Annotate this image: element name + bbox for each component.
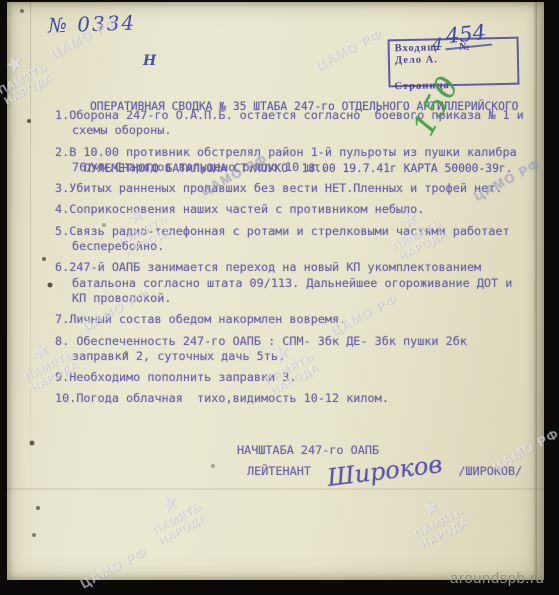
signature-rank: ЛЕЙТЕНАНТ xyxy=(247,464,311,478)
report-item: 5.Связь радио-телефонная с ротами и стре… xyxy=(55,224,541,255)
report-item: 9.Необходимо пополнить заправки 3. xyxy=(55,370,541,385)
item-number: 2. xyxy=(55,145,69,159)
stamp-incoming-label: Входящ xyxy=(395,42,438,54)
handwritten-mark: 4 xyxy=(432,35,443,55)
handwritten-incoming-number: 454 xyxy=(443,20,493,51)
handwritten-letter-correction: Н xyxy=(143,53,156,69)
item-text: Личный состав обедом накормлен вовремя. xyxy=(69,312,346,326)
item-text: Погода облачная тихо,видимость 10-12 кил… xyxy=(76,391,389,405)
item-number: 8. xyxy=(55,334,76,348)
paper-specks xyxy=(7,2,9,4)
fold-crease-horizontal xyxy=(7,488,544,490)
report-item: 6.247-й ОАПБ занимается переход на новый… xyxy=(55,260,541,306)
fold-crease-left xyxy=(30,2,31,580)
item-text: В 10.00 противник обстрелял район 1-й пу… xyxy=(69,145,516,174)
items-list: 1.Оборона 247-го О.А.П.Б. остается согла… xyxy=(55,108,541,413)
item-number: 1. xyxy=(55,108,69,122)
item-number: 4. xyxy=(55,202,69,216)
item-text: Обеспеченность 247-го ОАПБ : СПМ- 3бк ДЕ… xyxy=(72,334,467,363)
document-page: № 0334 ОПЕРАТИВНАЯ СВОДКА № 35 ШТАБА 247… xyxy=(7,2,544,580)
item-number: 5. xyxy=(55,224,69,238)
item-text: Связь радио-телефонная с ротами и стрелк… xyxy=(69,224,509,253)
signature-block: НАЧШТАБА 247-го ОАПБ ЛЕЙТЕНАНТ Широков /… xyxy=(237,443,522,485)
handwritten-page-number: 150 xyxy=(409,62,465,148)
pamyat-naroda-watermark: ★ ПАМЯТЬ НАРОДА xyxy=(0,38,55,107)
report-item: 3.Убитых ранненых пропавших без вести НЕ… xyxy=(55,181,541,196)
star-icon: ★ xyxy=(154,487,182,518)
scanned-document: № 0334 ОПЕРАТИВНАЯ СВОДКА № 35 ШТАБА 247… xyxy=(0,0,559,595)
report-item: 2.В 10.00 противник обстрелял район 1-й … xyxy=(55,145,541,176)
item-number: 6. xyxy=(55,260,69,274)
signature-position: НАЧШТАБА 247-го ОАПБ xyxy=(237,443,522,457)
camo-watermark: ЦАМО РФ xyxy=(78,544,150,592)
site-watermark: aroundspb.ru xyxy=(450,570,544,587)
report-item: 1.Оборона 247-го О.А.П.Б. остается согла… xyxy=(55,108,541,139)
item-text: Соприкосновения наших частей с противник… xyxy=(69,202,424,216)
pamyat-naroda-watermark: ★ ПАМЯТЬ НАРОДА xyxy=(400,482,471,551)
report-item: 8. Обеспеченность 247-го ОАПБ : СПМ- 3бк… xyxy=(55,334,541,365)
report-item: 4.Соприкосновения наших частей с противн… xyxy=(55,202,541,217)
star-icon: ★ xyxy=(0,47,28,78)
item-number: 10. xyxy=(55,391,76,405)
item-text: Убитых ранненых пропавших без вести НЕТ.… xyxy=(69,181,502,195)
item-number: 7. xyxy=(55,312,69,326)
item-text: Необходимо пополнить заправки 3. xyxy=(69,370,296,384)
report-item: 10.Погода облачная тихо,видимость 10-12 … xyxy=(55,391,541,406)
report-item: 7.Личный состав обедом накормлен вовремя… xyxy=(55,312,541,327)
signature-name-typed: /ШИРОКОВ/ xyxy=(458,464,522,478)
item-text: 247-й ОАПБ занимается переход на новый К… xyxy=(69,260,512,305)
item-number: 3. xyxy=(55,181,69,195)
handwritten-registration-number: № 0334 xyxy=(48,10,137,37)
item-number: 9. xyxy=(55,370,69,384)
star-icon: ★ xyxy=(416,491,444,522)
